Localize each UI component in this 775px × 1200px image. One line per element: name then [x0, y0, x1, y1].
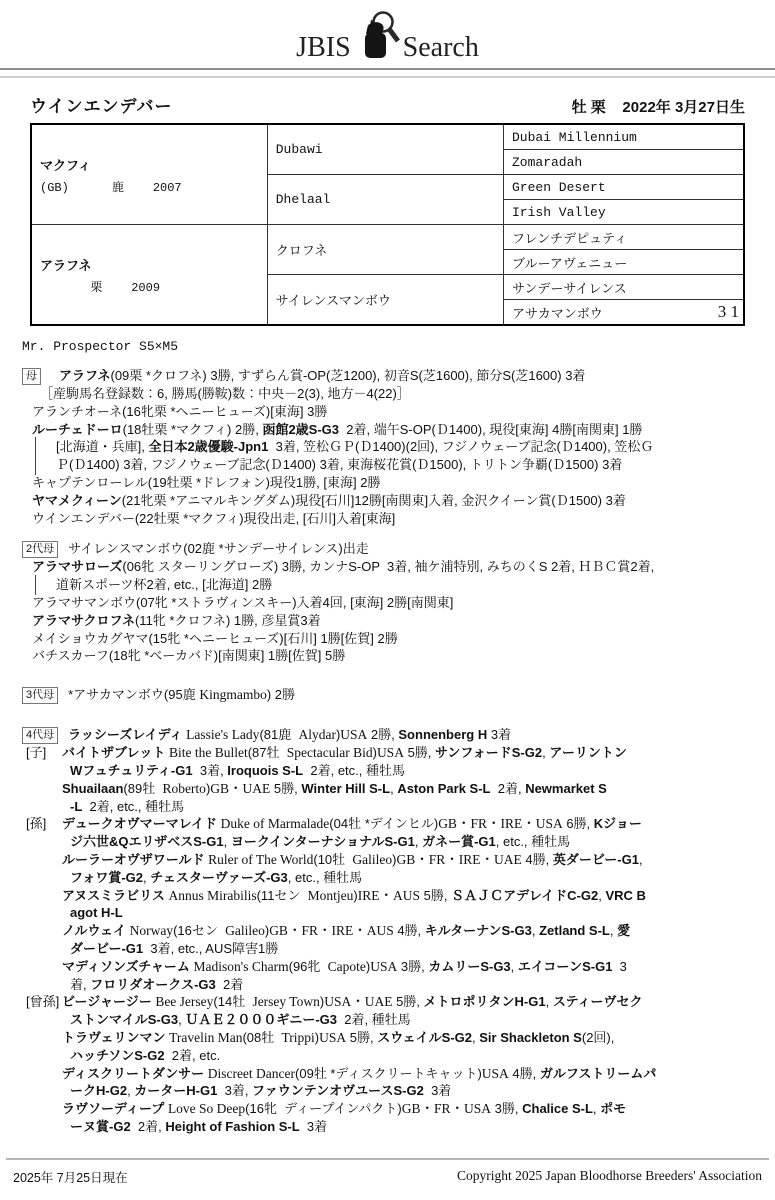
note-text: 着,	[70, 977, 90, 992]
logo-text-search: Search	[403, 34, 479, 62]
note-text: 6勝,	[563, 816, 594, 831]
note-text: Galileo	[352, 852, 392, 867]
emphasized-text: デュークオヴマーマレイド	[62, 816, 221, 831]
note-line: 3代母*アサカマンボウ(95鹿 Kingmambo) 2勝	[22, 686, 763, 704]
note-line: 4代母ラッシーズレイディ Lassie's Lady(81鹿 Alydar)US…	[22, 726, 763, 744]
footer-divider	[6, 1158, 769, 1160]
note-line: アヌスミラビリス Annus Mirabilis(11セン Montjeu)IR…	[22, 887, 763, 905]
generation-badge: 母	[22, 368, 41, 385]
note-text: 4勝,	[522, 852, 553, 867]
note-text: , etc., 種牡馬	[496, 834, 570, 849]
note-line: 2代母サイレンスマンボウ(02鹿 *サンデーサイレンス)出走	[22, 540, 763, 558]
note-text: *アサカマンボウ(95鹿	[68, 687, 199, 702]
emphasized-text: フォワ賞-G2	[70, 870, 143, 885]
note-line: ラヴソーディープ Love So Deep(16牝 ディープインパクト)GB・F…	[22, 1100, 763, 1118]
dam-name: アラフネ	[40, 255, 267, 274]
note-line: ルーラーオヴザワールド Ruler of The World(10牡 Galil…	[22, 851, 763, 869]
note-text: Galileo	[225, 923, 265, 938]
note-line: 着, フロリダオークス-G3 2着	[22, 976, 763, 994]
emphasized-text: アラマサクロフネ	[32, 613, 135, 628]
note-text: ,	[224, 834, 231, 849]
emphasized-text: アーリントン	[549, 745, 627, 760]
note-text: 3着,	[217, 1083, 252, 1098]
note-text: (21牝栗 *アニマルキングダム)現役[石川]12勝[南関東]入着, 金沢クイー…	[122, 493, 626, 508]
note-text: Alydar	[298, 727, 336, 742]
note-text: アラマサマンボウ(07牝 *ストラヴィンスキー)入着4回, [東海] 2勝[南関…	[32, 595, 453, 610]
table-row: アラフネ 栗 2009 クロフネ フレンチデピュティ	[31, 225, 744, 250]
note-line: アラマサクロフネ(11牝 *クロフネ) 1勝, 彦星賞3着	[22, 612, 763, 630]
emphasized-text: アラフネ	[59, 368, 110, 383]
emphasized-text: サンフォードS-G2	[435, 745, 542, 760]
note-text: 2勝,	[367, 727, 398, 742]
note-text: メイショウカグヤマ(15牝 *ヘニーヒューズ)[石川] 1勝[佐賀] 2勝	[32, 631, 398, 646]
note-line: [子]バイトザブレット Bite the Bullet(87牡 Spectacu…	[22, 744, 763, 762]
generation-badge: 2代母	[22, 541, 58, 558]
emphasized-text: フロリダオークス-G3	[90, 977, 216, 992]
emphasized-text: Wフュチュリティ-G1	[70, 763, 193, 778]
note-text: サイレンスマンボウ(02鹿 *サンデーサイレンス)出走	[68, 541, 369, 556]
note-line: ルーチェドーロ(18牡栗 *マクフィ) 2勝, 函館2歳S-G3 2着, 端午S…	[22, 421, 763, 439]
relation-label: [孫]	[26, 815, 62, 833]
sire-detail: (GB) 鹿 2007	[40, 178, 267, 195]
emphasized-text: Sonnenberg H	[398, 727, 487, 742]
note-text: (06牝 スターリングローズ) 3勝, カンナS-OP 3着, 袖ケ浦特別, み…	[122, 559, 654, 574]
emphasized-text: ルーラーオヴザワールド	[62, 852, 208, 867]
note-text: キャプテンローレル(19牡栗 *ドレフォン)現役1勝, [東海] 2勝	[32, 475, 380, 490]
relation-label: [曾孫]	[26, 993, 62, 1011]
ancestor-cell: Green Desert	[504, 175, 745, 200]
note-text: IRE・AUS	[358, 888, 420, 903]
footer: 2025年 7月25日現在 Copyright 2025 Japan Blood…	[0, 1158, 775, 1186]
note-text: ,	[532, 923, 539, 938]
note-text: Ｐ(Ｄ1400) 3着, フジノウェーブ記念(Ｄ1400) 3着, 東海桜花賞(…	[56, 457, 622, 472]
emphasized-text: メトロポリタンH-G1	[424, 994, 546, 1009]
note-section-g4: 4代母ラッシーズレイディ Lassie's Lady(81鹿 Alydar)US…	[22, 726, 763, 1136]
note-line: 母アラフネ(09栗 *クロフネ) 3勝, すずらん賞-OP(芝1200), 初音…	[22, 367, 763, 385]
note-line: agot H-L	[22, 904, 763, 922]
emphasized-text: Aston Park S-L	[397, 781, 490, 796]
emphasized-text: Sir Shackleton S	[479, 1030, 582, 1045]
note-text: Jersey Town	[252, 994, 319, 1009]
emphasized-text: ビージャージー	[62, 994, 155, 1009]
note-section-g2: 2代母サイレンスマンボウ(02鹿 *サンデーサイレンス)出走アラマサローズ(06…	[22, 540, 763, 665]
note-text: ) 2勝	[267, 687, 295, 702]
note-text: [北海道・兵庫],	[56, 439, 148, 454]
dam-detail: 栗 2009	[40, 278, 267, 295]
note-text: 3着	[300, 1119, 327, 1134]
pedigree-notes: 母アラフネ(09栗 *クロフネ) 3勝, すずらん賞-OP(芝1200), 初音…	[22, 367, 763, 1136]
emphasized-text: -L	[70, 799, 82, 814]
note-text: 3着, 笠松ＧＰ(Ｄ1400)(2回), フジノウェーブ記念(Ｄ1400), 笠…	[268, 439, 653, 454]
emphasized-text: アラマサローズ	[32, 559, 122, 574]
note-text: ウインエンデバー(22牡栗 *マクフィ)現役出走, [石川]入着[東海]	[32, 511, 395, 526]
logo-text-jbis: JBIS	[296, 34, 350, 62]
note-text: 2着, etc.	[165, 1048, 221, 1063]
note-line: [孫]デュークオヴマーマレイド Duke of Marmalade(04牡 *デ…	[22, 815, 763, 833]
emphasized-text: ディスクリートダンサー	[62, 1066, 208, 1081]
note-text: Madison's Charm	[194, 959, 289, 974]
note-line: -L 2着, etc., 種牡馬	[22, 798, 763, 816]
note-text: Ruler of The World	[208, 852, 313, 867]
emphasized-text: 全日本2歳優駿-Jpn1	[148, 439, 268, 454]
note-text: 3	[612, 959, 626, 974]
note-text: ,	[610, 923, 617, 938]
note-section-g3: 3代母*アサカマンボウ(95鹿 Kingmambo) 2勝	[22, 686, 763, 704]
as-of-date: 2025年 7月25日現在	[13, 1168, 128, 1186]
ancestor-cell: Irish Valley	[504, 200, 745, 225]
note-text: 3着,	[193, 763, 228, 778]
copyright-text: Copyright 2025 Japan Bloodhorse Breeders…	[457, 1168, 762, 1186]
note-text: アランチオーネ(16牝栗 *ヘニーヒューズ)[東海] 3勝	[32, 404, 327, 419]
emphasized-text: カーターH-G1	[134, 1083, 217, 1098]
dam-cell: アラフネ 栗 2009	[31, 225, 267, 326]
emphasized-text: アヌスミラビリス	[62, 888, 168, 903]
note-text: (09牡 *ディスクリートキャット)	[295, 1066, 482, 1081]
emphasized-text: 函館2歳S-G3	[262, 422, 339, 437]
note-line: ハッチソンS-G2 2着, etc.	[22, 1047, 763, 1065]
note-text: 4勝,	[509, 1066, 540, 1081]
sire-sire-cell: Dubawi	[267, 124, 503, 175]
emphasized-text: ハッチソンS-G2	[70, 1048, 165, 1063]
note-line: キャプテンローレル(19牡栗 *ドレフォン)現役1勝, [東海] 2勝	[22, 474, 763, 492]
emphasized-text: VRC B	[605, 888, 645, 903]
relation-label: [子]	[26, 744, 62, 762]
emphasized-text: キルターナンS-G3	[425, 923, 532, 938]
note-line: 道新スポーツ杯2着, etc., [北海道] 2勝	[22, 576, 763, 594]
note-line: ノルウェイ Norway(16セン Galileo)GB・FR・IRE・AUS …	[22, 922, 763, 940]
note-line: ウインエンデバー(22牡栗 *マクフィ)現役出走, [石川]入着[東海]	[22, 510, 763, 528]
horse-name: ウインエンデバー	[30, 92, 172, 117]
note-text: Love So Deep	[168, 1101, 245, 1116]
note-text: 5勝,	[270, 781, 301, 796]
note-text: バチスカーフ(18牝 *ベーカバド)[南関東] 1勝[佐賀] 5勝	[32, 648, 345, 663]
emphasized-text: スティーヴセク	[553, 994, 643, 1009]
note-text: 5勝,	[392, 994, 423, 1009]
emphasized-text: ーヌ賞-G2	[70, 1119, 131, 1134]
note-text: Discreet Dancer	[208, 1066, 295, 1081]
note-line: アラマサマンボウ(07牝 *ストラヴィンスキー)入着4回, [東海] 2勝[南関…	[22, 594, 763, 612]
emphasized-text: ヤマメクィーン	[32, 493, 122, 508]
emphasized-text: カムリーS-G3	[428, 959, 510, 974]
note-line: Wフュチュリティ-G1 3着, Iroquois S-L 2着, etc., 種…	[22, 762, 763, 780]
note-text: 2着,	[491, 781, 526, 796]
note-line: アラマサローズ(06牝 スターリングローズ) 3勝, カンナS-OP 3着, 袖…	[22, 558, 763, 576]
note-line: ヤマメクィーン(21牝栗 *アニマルキングダム)現役[石川]12勝[南関東]入着…	[22, 492, 763, 510]
emphasized-text: Height of Fashion S-L	[165, 1119, 299, 1134]
note-text: GB・FR・IRE・UAE	[396, 852, 521, 867]
dam-dam-cell: サイレンスマンボウ	[267, 275, 503, 326]
emphasized-text: マディソンズチャーム	[62, 959, 194, 974]
note-text: GB・FR・IRE・USA	[438, 816, 563, 831]
note-text: 3着, etc., AUS障害1勝	[143, 941, 278, 956]
note-line: トラヴェリンマン Travelin Man(08牡 Trippi)USA 5勝,…	[22, 1029, 763, 1047]
note-text: 2着	[216, 977, 243, 992]
note-text: ,	[546, 994, 553, 1009]
emphasized-text: Newmarket S	[525, 781, 607, 796]
note-text: 道新スポーツ杯2着, etc., [北海道] 2勝	[56, 577, 272, 592]
note-text: (16牝 ディープインパクト)	[245, 1101, 402, 1116]
emphasized-text: トラヴェリンマン	[62, 1030, 169, 1045]
note-text: (2回),	[582, 1030, 615, 1045]
note-text: ,	[415, 834, 422, 849]
note-text: (11牝 *クロフネ) 1勝, 彦星賞3着	[135, 613, 321, 628]
note-line: ークH-G2, カーターH-G1 3着, ファウンテンオヴユースS-G2 3着	[22, 1082, 763, 1100]
emphasized-text: Iroquois S-L	[227, 763, 303, 778]
note-line: Shuailaan(89牡 Roberto)GB・UAE 5勝, Winter …	[22, 780, 763, 798]
note-line: ダービー-G1 3着, etc., AUS障害1勝	[22, 940, 763, 958]
emphasized-text: Zetland S-L	[539, 923, 610, 938]
emphasized-text: ークH-G2	[70, 1083, 127, 1098]
note-text: Lassie's Lady	[186, 727, 259, 742]
page-number: 3 1	[718, 302, 739, 322]
emphasized-text: ファウンテンオヴユースS-G2	[252, 1083, 424, 1098]
emphasized-text: Shuailaan	[62, 781, 123, 796]
ancestor-cell: サンデーサイレンス	[504, 275, 745, 300]
sire-cell: マクフィ (GB) 鹿 2007	[31, 124, 267, 225]
note-text: (18牡栗 *マクフィ) 2勝,	[123, 422, 263, 437]
emphasized-text: ＳＡＪＣアデレイドC-G2	[451, 888, 598, 903]
note-text: 3勝,	[491, 1101, 522, 1116]
ancestor-cell: Dubai Millennium	[504, 124, 745, 150]
note-text: ,	[639, 852, 643, 867]
note-text: 2着, etc., 種牡馬	[82, 799, 184, 814]
note-text: 3着	[487, 727, 511, 742]
note-text: , etc., 種牡馬	[288, 870, 362, 885]
note-text: 5勝,	[346, 1030, 377, 1045]
note-text: USA	[319, 1030, 346, 1045]
note-text: 5勝,	[420, 888, 451, 903]
note-line: [北海道・兵庫], 全日本2歳優駿-Jpn1 3着, 笠松ＧＰ(Ｄ1400)(2…	[22, 438, 763, 456]
note-line: メイショウカグヤマ(15牝 *ヘニーヒューズ)[石川] 1勝[佐賀] 2勝	[22, 630, 763, 648]
emphasized-text: ラヴソーディープ	[62, 1101, 168, 1116]
dam-sire-cell: クロフネ	[267, 225, 503, 275]
note-text: USA	[340, 727, 367, 742]
emphasized-text: Kジョー	[594, 816, 642, 831]
note-line: アランチオーネ(16牝栗 *ヘニーヒューズ)[東海] 3勝	[22, 403, 763, 421]
note-line: [曾孫]ビージャージー Bee Jersey(14牡 Jersey Town)U…	[22, 993, 763, 1011]
note-text: GB・FR・USA	[402, 1101, 491, 1116]
note-text: 2着, 端午S-OP(Ｄ1400), 現役[東海] 4勝[南関東] 1勝	[339, 422, 642, 437]
note-text: Trippi	[281, 1030, 314, 1045]
note-text: Roberto	[162, 781, 206, 796]
note-text: 2着, etc., 種牡馬	[303, 763, 405, 778]
jbis-search-logo: JBIS Search	[296, 10, 479, 62]
note-text: (04牡 *デインヒル)	[329, 816, 438, 831]
emphasized-text: 英ダービー-G1	[553, 852, 639, 867]
emphasized-text: Winter Hill S-L	[301, 781, 390, 796]
note-line: Ｐ(Ｄ1400) 3着, フジノウェーブ記念(Ｄ1400) 3着, 東海桜花賞(…	[22, 456, 763, 474]
note-text: (09栗 *クロフネ) 3勝, すずらん賞-OP(芝1200), 初音S(芝16…	[110, 368, 585, 383]
emphasized-text: ガネー賞-G1	[422, 834, 496, 849]
sire-dam-cell: Dhelaal	[267, 175, 503, 225]
sex-coat-birthdate: 牡 栗 2022年 3月27日生	[572, 96, 745, 117]
note-text: Annus Mirabilis	[168, 888, 256, 903]
emphasized-text: ジ六世&QエリザベスS-G1	[70, 834, 224, 849]
note-text: GB・FR・IRE・AUS	[269, 923, 394, 938]
emphasized-text: ＵＡＥ２０００ギニー-G3	[185, 1012, 337, 1027]
note-text: USA・UAE	[324, 994, 392, 1009]
note-text: 2着, 種牡馬	[337, 1012, 411, 1027]
emphasized-text: ラッシーズレイディ	[68, 727, 186, 742]
title-row: ウインエンデバー 牡 栗 2022年 3月27日生	[30, 92, 745, 117]
note-text: 5勝,	[404, 745, 435, 760]
note-text: Travelin Man	[169, 1030, 242, 1045]
emphasized-text: エイコーンS-G1	[518, 959, 613, 974]
emphasized-text: ポモ	[600, 1101, 626, 1116]
note-text: (11セン	[257, 888, 308, 903]
note-text: 4勝,	[394, 923, 425, 938]
emphasized-text: バイトザブレット	[62, 745, 169, 760]
emphasized-text: ガルフストリームパ	[540, 1066, 656, 1081]
note-text: (89牡	[123, 781, 162, 796]
note-text: Spectacular Bid	[287, 745, 373, 760]
note-text: (96牝	[289, 959, 328, 974]
note-text: (81鹿	[259, 727, 298, 742]
note-text: USA	[377, 745, 404, 760]
note-text: (08牡	[242, 1030, 281, 1045]
emphasized-text: スウェイルS-G2	[377, 1030, 472, 1045]
note-text: Duke of Marmalade	[221, 816, 330, 831]
note-text: ,	[511, 959, 518, 974]
generation-badge: 4代母	[22, 727, 58, 744]
horse-magnifier-icon	[354, 10, 400, 62]
note-line: ジ六世&QエリザベスS-G1, ヨークインターナショナルS-G1, ガネー賞-G…	[22, 833, 763, 851]
inbreeding-line: Mr. Prospector S5×M5	[22, 339, 753, 354]
note-text: (10牡	[313, 852, 352, 867]
note-text: 3勝,	[397, 959, 428, 974]
pedigree-table: マクフィ (GB) 鹿 2007 Dubawi Dubai Millennium…	[30, 123, 745, 326]
note-text: (14牡	[213, 994, 252, 1009]
note-line: マディソンズチャーム Madison's Charm(96牝 Capote)US…	[22, 958, 763, 976]
note-line: バチスカーフ(18牝 *ベーカバド)[南関東] 1勝[佐賀] 5勝	[22, 647, 763, 665]
note-line: ストンマイルS-G3, ＵＡＥ２０００ギニー-G3 2着, 種牡馬	[22, 1011, 763, 1029]
note-text: Capote	[328, 959, 366, 974]
ancestor-cell: Zomaradah	[504, 150, 745, 175]
note-text: Norway	[130, 923, 174, 938]
header-divider	[0, 68, 775, 78]
note-line: フォワ賞-G2, チェスターヴァーズ-G3, etc., 種牡馬	[22, 869, 763, 887]
note-text: Montjeu	[308, 888, 354, 903]
note-text: USA	[482, 1066, 509, 1081]
ancestor-name: アサカマンボウ	[512, 303, 603, 322]
sire-name: マクフィ	[40, 155, 267, 174]
pedigree-report-page: { "header": { "logo_left": "JBIS", "logo…	[0, 0, 775, 1200]
ancestor-cell: ブルーアヴェニュー	[504, 250, 745, 275]
ancestor-cell: アサカマンボウ 3 1	[504, 300, 745, 326]
note-line: ［産駒馬名登録数：6, 勝馬(勝鞍)数：中央－2(3), 地方－4(22)］	[22, 385, 763, 403]
note-text: (87牡	[248, 745, 287, 760]
emphasized-text: チェスターヴァーズ-G3	[150, 870, 288, 885]
note-text: ［産駒馬名登録数：6, 勝馬(勝鞍)数：中央－2(3), 地方－4(22)］	[40, 386, 410, 401]
generation-badge: 3代母	[22, 687, 58, 704]
note-text: 3着	[424, 1083, 451, 1098]
header: JBIS Search	[0, 0, 775, 62]
emphasized-text: ノルウェイ	[62, 923, 130, 938]
emphasized-text: ストンマイルS-G3	[70, 1012, 178, 1027]
note-text: GB・UAE	[210, 781, 270, 796]
emphasized-text: ヨークインターナショナルS-G1	[231, 834, 415, 849]
note-text: Bee Jersey	[155, 994, 213, 1009]
table-row: マクフィ (GB) 鹿 2007 Dubawi Dubai Millennium	[31, 124, 744, 150]
emphasized-text: ダービー-G1	[70, 941, 143, 956]
ancestor-cell: フレンチデピュティ	[504, 225, 745, 250]
emphasized-text: ルーチェドーロ	[32, 422, 123, 437]
note-text: 2着,	[131, 1119, 166, 1134]
note-text: USA	[370, 959, 397, 974]
emphasized-text: 愛	[617, 923, 630, 938]
note-section-dam: 母アラフネ(09栗 *クロフネ) 3勝, すずらん賞-OP(芝1200), 初音…	[22, 367, 763, 527]
note-line: ーヌ賞-G2 2着, Height of Fashion S-L 3着	[22, 1118, 763, 1136]
emphasized-text: agot H-L	[70, 905, 123, 920]
note-text: (16セン	[173, 923, 225, 938]
note-text: Bite the Bullet	[169, 745, 248, 760]
note-line: ディスクリートダンサー Discreet Dancer(09牡 *ディスクリート…	[22, 1065, 763, 1083]
emphasized-text: Chalice S-L	[522, 1101, 593, 1116]
note-text: Kingmambo	[199, 687, 267, 702]
